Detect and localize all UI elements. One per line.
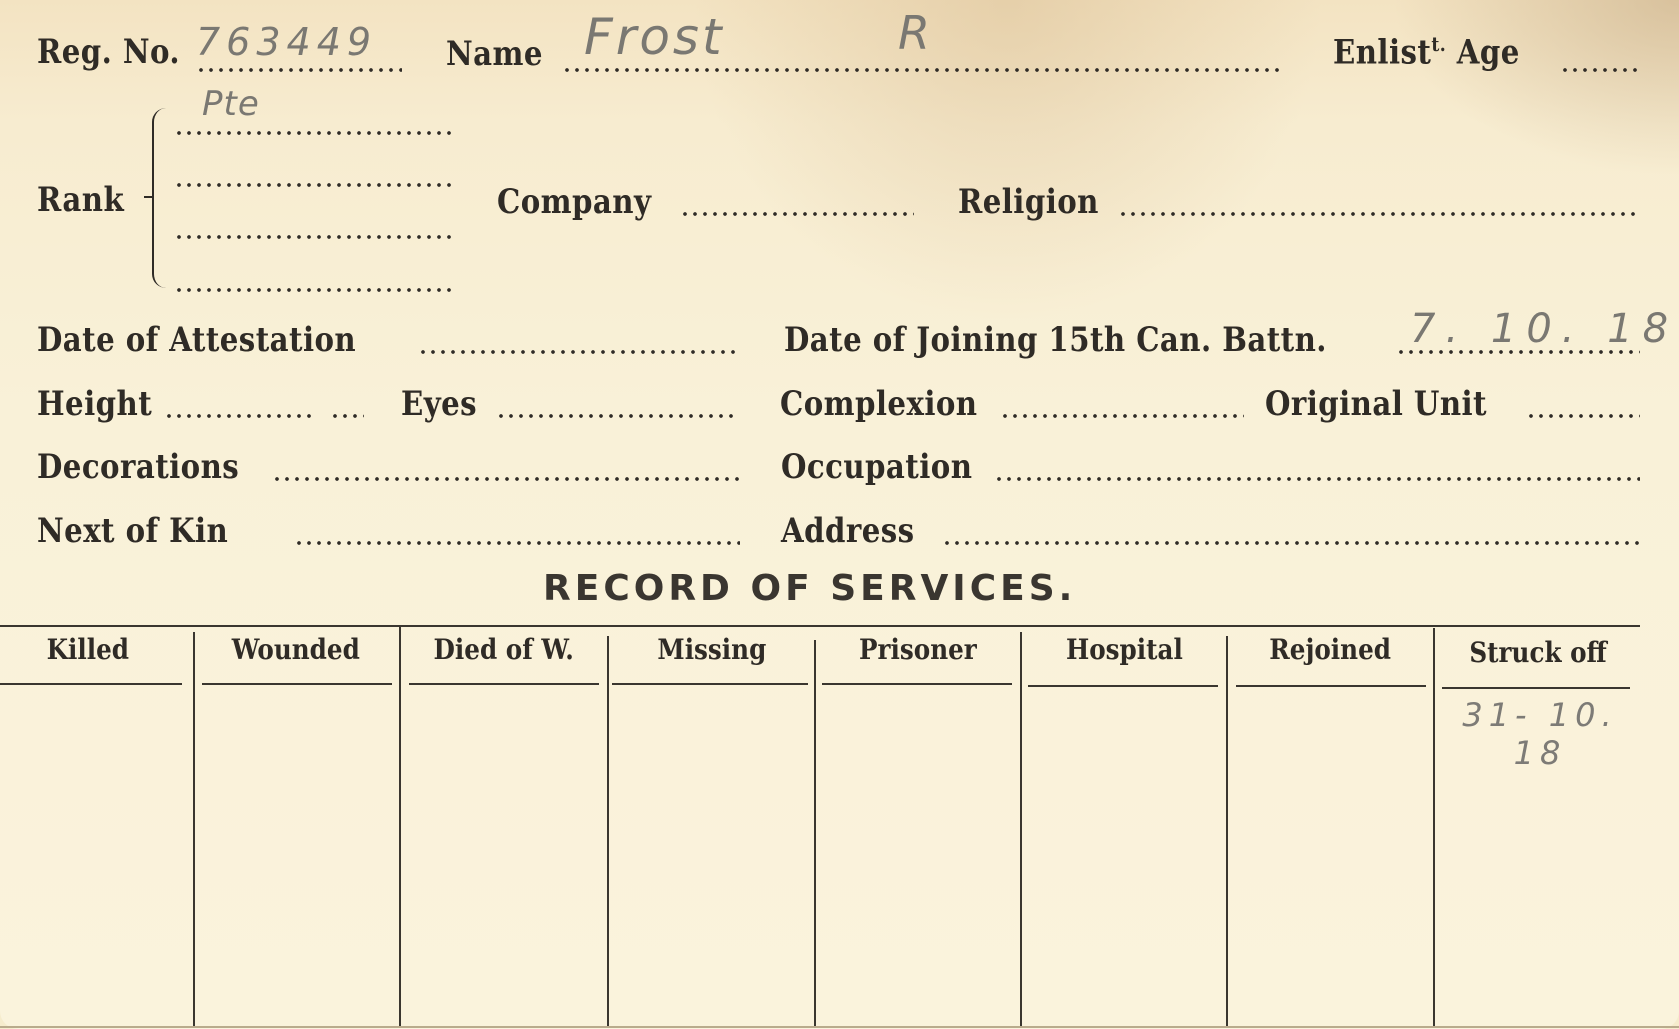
rank-label: Rank <box>37 180 124 220</box>
religion-label: Religion <box>958 182 1099 222</box>
rank-line-3 <box>174 235 456 239</box>
enlist-label: Enlist <box>1333 32 1431 72</box>
record-of-services-title: RECORD OF SERVICES. <box>543 568 1076 609</box>
reg-no-value: 763449 <box>196 20 377 64</box>
height-dotted-line <box>164 414 312 418</box>
struck-off-date-value: 31- 10. 18 <box>1440 696 1640 772</box>
rank-brace-tip <box>144 196 154 198</box>
religion-dotted-line <box>1118 212 1640 216</box>
company-dotted-line <box>680 212 914 216</box>
reg-no-dotted-line <box>196 68 402 72</box>
column-divider-1 <box>193 632 195 1028</box>
original-unit-dotted-line <box>1526 414 1640 418</box>
column-header-killed: Killed <box>0 633 176 673</box>
rank-line-1 <box>174 131 456 135</box>
enlist-superscript: t. <box>1431 32 1446 56</box>
struck-off-header-underline <box>1442 687 1630 689</box>
killed-label: Killed <box>47 633 129 666</box>
name-initial-value: R <box>898 6 933 60</box>
company-label: Company <box>497 182 651 222</box>
decorations-label: Decorations <box>37 447 239 487</box>
height-dotted-line-2 <box>330 414 364 418</box>
joining-date-value: 7. 10. 18 <box>1410 306 1678 352</box>
column-header-hospital: Hospital <box>1023 633 1225 673</box>
original-unit-label: Original Unit <box>1265 384 1487 424</box>
address-label: Address <box>781 511 915 551</box>
wounded-header-underline <box>202 683 392 685</box>
column-divider-5 <box>1020 632 1022 1028</box>
enlistment-age-label: Enlistt. Age <box>1333 32 1520 72</box>
died-header-underline <box>409 683 599 685</box>
column-header-rejoined: Rejoined <box>1229 633 1431 673</box>
table-top-rule <box>0 625 1640 627</box>
joining-label: Date of Joining 15th Can. Battn. <box>784 320 1327 360</box>
rejoined-header-underline <box>1236 685 1426 687</box>
column-divider-4 <box>814 640 816 1028</box>
rejoined-label: Rejoined <box>1269 633 1391 666</box>
height-label: Height <box>37 384 152 424</box>
age-label: Age <box>1457 32 1520 72</box>
address-dotted-line <box>942 541 1640 545</box>
occupation-label: Occupation <box>781 447 972 487</box>
occupation-dotted-line <box>994 477 1640 481</box>
attestation-label: Date of Attestation <box>37 320 356 360</box>
next-of-kin-label: Next of Kin <box>37 511 228 551</box>
column-header-prisoner: Prisoner <box>817 633 1019 673</box>
reg-no-label: Reg. No. <box>37 32 180 72</box>
column-divider-7 <box>1433 628 1435 1028</box>
name-label: Name <box>446 34 543 74</box>
rank-line-2 <box>174 183 456 187</box>
column-header-struck-off: Struck off <box>1436 636 1640 676</box>
enlistment-age-dotted-line <box>1560 68 1640 72</box>
complexion-dotted-line <box>1000 414 1244 418</box>
attestation-dotted-line <box>418 350 740 354</box>
name-surname-value: Frost <box>584 8 725 66</box>
rank-brace <box>152 108 168 288</box>
hospital-header-underline <box>1028 685 1218 687</box>
column-header-wounded: Wounded <box>196 633 396 673</box>
prisoner-label: Prisoner <box>859 633 977 666</box>
hospital-label: Hospital <box>1066 633 1183 666</box>
struck-off-label: Struck off <box>1469 636 1606 669</box>
prisoner-header-underline <box>822 683 1012 685</box>
column-header-died-of-wounds: Died of W. <box>402 633 606 673</box>
column-header-missing: Missing <box>610 633 814 673</box>
missing-header-underline <box>612 683 808 685</box>
wounded-label: Wounded <box>232 633 360 666</box>
next-of-kin-dotted-line <box>294 541 740 545</box>
name-dotted-line <box>562 68 1284 72</box>
decorations-dotted-line <box>272 477 740 481</box>
column-divider-3 <box>607 636 609 1028</box>
complexion-label: Complexion <box>780 384 977 424</box>
missing-label: Missing <box>658 633 767 666</box>
card-bottom-edge <box>0 1026 1679 1028</box>
service-record-card: Reg. No. 763449 Name Frost R Enlistt. Ag… <box>0 0 1679 1029</box>
rank-line-4 <box>174 288 456 292</box>
eyes-dotted-line <box>496 414 738 418</box>
column-divider-2 <box>399 627 401 1028</box>
rank-line-1-value: Pte <box>202 84 260 124</box>
column-divider-6 <box>1226 636 1228 1028</box>
killed-header-underline <box>0 683 182 685</box>
eyes-label: Eyes <box>401 384 477 424</box>
died-of-wounds-label: Died of W. <box>434 633 574 666</box>
